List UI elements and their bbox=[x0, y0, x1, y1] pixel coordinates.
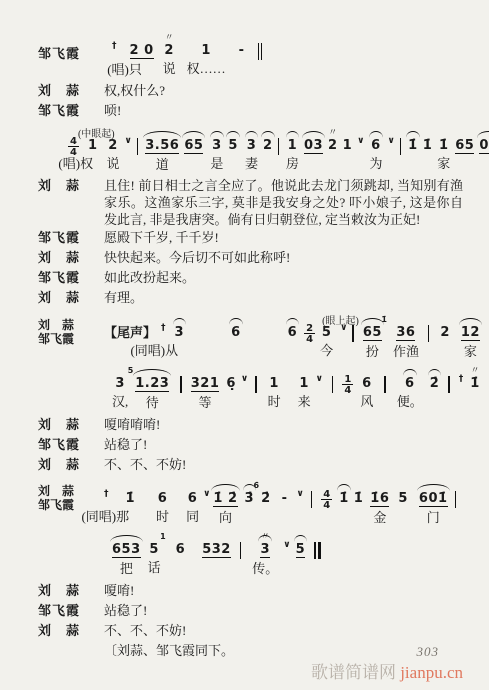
note: 3̇ bbox=[245, 491, 255, 506]
speaker-name: 刘 蒜 bbox=[38, 318, 104, 332]
note-cell: 6便。 bbox=[397, 376, 423, 409]
speaker-label: 刘 蒜 bbox=[38, 582, 104, 599]
decor bbox=[240, 542, 241, 559]
barline bbox=[332, 376, 333, 393]
note-cell: 2̇ bbox=[261, 491, 271, 506]
breath-mark-icon: ∨ bbox=[125, 134, 132, 149]
note: 1 bbox=[299, 376, 309, 391]
music-line: 653把51话65323〃传。∨5 bbox=[112, 529, 463, 576]
dialog-text: 愿殿下千岁, 千千岁! bbox=[104, 229, 463, 246]
ban-mark-icon: † bbox=[161, 321, 166, 336]
lyric: (同唱)那 bbox=[81, 509, 129, 524]
note-cell: 1̇家 bbox=[437, 138, 450, 171]
lyric: 等 bbox=[199, 395, 212, 410]
lyric: 风 bbox=[360, 394, 373, 409]
dialog-row: 刘 蒜嗄唷! bbox=[38, 582, 463, 599]
barline bbox=[240, 542, 241, 559]
breath-mark-icon: ∨ bbox=[316, 372, 323, 387]
note-cell: 1̇ 2̇向 bbox=[213, 491, 237, 525]
barline bbox=[278, 138, 279, 155]
barline-glyph bbox=[258, 43, 263, 60]
decor bbox=[332, 376, 333, 393]
barline bbox=[137, 138, 138, 155]
note-cell: 65 bbox=[184, 138, 203, 154]
lyric: 扮 bbox=[366, 344, 379, 359]
breath-mark-icon: ∨ bbox=[387, 134, 394, 149]
lyric: 来 bbox=[298, 394, 311, 409]
note: 5 bbox=[322, 325, 332, 340]
note-cell: 3̇6̇ bbox=[245, 491, 255, 506]
note: 3 bbox=[115, 376, 125, 391]
note: 6 bbox=[371, 138, 381, 153]
note-cell: 6 bbox=[288, 325, 298, 340]
note-cell: 2 0(唱)只 bbox=[130, 43, 154, 77]
note-cell: 12家 bbox=[461, 325, 480, 359]
music-line: †1̇(同唱)那6时6同∨1̇ 2̇向3̇6̇2̇-∨441̇1̇1̇6金560… bbox=[104, 478, 463, 525]
ban-mark: ∨ bbox=[357, 138, 364, 153]
music-row: 邹飞霞†2 0(唱)只2〃说1权……- bbox=[38, 30, 463, 77]
note: 65 bbox=[184, 138, 203, 154]
barline-glyph bbox=[455, 491, 456, 508]
decor bbox=[258, 43, 259, 60]
note: 5 bbox=[296, 542, 306, 558]
dialog-row: 邹飞霞愿殿下千岁, 千千岁! bbox=[38, 229, 463, 246]
section-label-text: 【尾声】 bbox=[104, 325, 156, 340]
speaker-label: 刘 蒜 bbox=[38, 177, 104, 228]
dialog-row: 刘 蒜嗄唷唷唷! bbox=[38, 416, 463, 433]
barline bbox=[314, 542, 320, 559]
barline bbox=[180, 376, 181, 393]
time-signature-fraction: 24 bbox=[304, 324, 315, 344]
note-cell: 1时 bbox=[268, 376, 281, 409]
music-line: 35汉,1.23待321等6̣∨1时1来∨146风6便。2̇†1̇〃6- bbox=[112, 363, 463, 410]
barline bbox=[384, 376, 385, 393]
dialog-text: 快快起来。今后切不可如此称呼! bbox=[104, 249, 463, 266]
lyric: 便。 bbox=[397, 394, 423, 409]
lyric: 时 bbox=[156, 509, 169, 524]
note: 5 bbox=[398, 491, 408, 506]
note-cell: 3妻 bbox=[245, 138, 258, 171]
ts-numerator: 1 bbox=[342, 375, 353, 384]
note-cell: 2̇ bbox=[430, 376, 440, 391]
barline bbox=[258, 43, 263, 60]
music-row: 刘 蒜邹飞霞【尾声】†3(同唱)从66245(眼上起)今∨651̇扮36作渔21… bbox=[38, 312, 463, 359]
barline-glyph bbox=[314, 542, 320, 559]
note: 321 bbox=[191, 376, 220, 392]
ts-numerator: 2 bbox=[304, 324, 315, 333]
lyric: 妻 bbox=[245, 156, 258, 171]
note: 03 bbox=[304, 138, 323, 154]
note: 1̇ bbox=[470, 376, 480, 391]
note-cell: 6 bbox=[231, 325, 241, 340]
ts-numerator: 4 bbox=[321, 490, 332, 499]
note-cell: 6风 bbox=[360, 376, 373, 409]
barline bbox=[255, 376, 256, 393]
barline-glyph bbox=[255, 376, 256, 393]
lyric: 门 bbox=[427, 510, 440, 525]
speaker-label: 邹飞霞 bbox=[38, 102, 104, 119]
barline-glyph bbox=[400, 138, 401, 155]
note: 1̇ bbox=[354, 491, 364, 506]
speaker-label: 刘 蒜 bbox=[38, 622, 104, 639]
lyric: 金 bbox=[373, 510, 386, 525]
note: 1 bbox=[201, 43, 211, 58]
ban-mark: † bbox=[161, 325, 166, 340]
dialog-text: 不、不、不妨! bbox=[104, 622, 463, 639]
ban-mark: † bbox=[459, 376, 464, 391]
grace-note: 6̇ bbox=[253, 481, 259, 490]
dialog-text: 不、不、不妨! bbox=[104, 456, 463, 473]
note-cell: 2 bbox=[263, 138, 273, 153]
watermark: 歌谱简谱网 jianpu.cn bbox=[311, 658, 463, 683]
lyric: 作渔 bbox=[393, 344, 419, 359]
note-cell: 653把 bbox=[112, 542, 141, 576]
ban-mark: ∨ bbox=[297, 491, 304, 506]
dialog-text: 有理。 bbox=[104, 289, 463, 306]
decor bbox=[384, 376, 385, 393]
decor bbox=[311, 491, 312, 508]
watermark-domain: jianpu.cn bbox=[400, 663, 463, 682]
lyric: 说 bbox=[107, 156, 120, 171]
note: 2 bbox=[108, 138, 118, 153]
decor bbox=[428, 325, 429, 342]
decor bbox=[318, 542, 321, 559]
lyric: (同唱)从 bbox=[130, 343, 178, 358]
lyric: 话 bbox=[148, 560, 161, 575]
breath-mark-icon: ∨ bbox=[357, 134, 364, 149]
note: 2 0 bbox=[130, 43, 154, 59]
decor bbox=[455, 491, 456, 508]
note-cell: 321等 bbox=[191, 376, 220, 410]
ban-mark-icon: † bbox=[459, 372, 464, 387]
speaker-label: 刘 蒜 bbox=[38, 82, 104, 99]
speaker-label: 刘 蒜 bbox=[38, 289, 104, 306]
barline bbox=[311, 491, 312, 508]
note-cell: 6为 bbox=[369, 138, 382, 171]
barline-glyph bbox=[278, 138, 279, 155]
note: 2̇ bbox=[430, 376, 440, 391]
grace-note: 1 bbox=[160, 532, 166, 541]
note-cell: 5(眼上起)今 bbox=[320, 325, 333, 358]
note: 2̇ bbox=[261, 491, 271, 506]
note: - bbox=[282, 491, 288, 506]
lyric: 把 bbox=[120, 561, 133, 576]
dialog-row: 邹飞霞唝! bbox=[38, 102, 463, 119]
note-cell: 3(同唱)从 bbox=[175, 325, 185, 358]
note: 6 bbox=[362, 376, 372, 391]
note: 36 bbox=[396, 325, 415, 341]
note: 1̇6 bbox=[370, 491, 389, 507]
speaker-name: 邹飞霞 bbox=[38, 332, 104, 346]
section-label: 【尾声】 bbox=[104, 325, 156, 340]
dialog-row: 刘 蒜有理。 bbox=[38, 289, 463, 306]
note: 532 bbox=[202, 542, 231, 558]
dialog-row: 刘 蒜权,权什么? bbox=[38, 82, 463, 99]
music-line: †2 0(唱)只2〃说1权……- bbox=[112, 30, 463, 77]
note-cell: 2 bbox=[440, 325, 450, 340]
decor bbox=[278, 138, 279, 155]
barline bbox=[455, 491, 456, 508]
lyric: 向 bbox=[219, 510, 232, 525]
note: 5 bbox=[228, 138, 238, 153]
lyric: 说 bbox=[163, 61, 176, 76]
speaker-name: 刘 蒜 bbox=[38, 484, 104, 498]
lyric: 道 bbox=[156, 157, 169, 172]
dialog-text: 如此改扮起来。 bbox=[104, 269, 463, 286]
stage-direction: 〔刘蒜、邹飞霞同下。 bbox=[104, 642, 463, 659]
note: 1̇ 2̇ bbox=[213, 491, 237, 507]
note-cell: 2说 bbox=[107, 138, 120, 171]
speaker-label: 邹飞霞 bbox=[38, 436, 104, 453]
decor bbox=[400, 138, 401, 155]
ts-denominator: 4 bbox=[321, 499, 332, 510]
note-cell: 6̣ bbox=[226, 376, 236, 391]
breath-mark-icon: ∨ bbox=[241, 372, 248, 387]
note-cell: - bbox=[282, 491, 288, 506]
dialog-text: 权,权什么? bbox=[104, 82, 463, 99]
note: 65 bbox=[455, 138, 474, 154]
time-signature: 14 bbox=[342, 376, 353, 396]
ban-mark: ∨ bbox=[241, 376, 248, 391]
note-cell: 6同 bbox=[186, 491, 199, 524]
ban-mark: ∨ bbox=[125, 138, 132, 153]
note: 1.23 bbox=[135, 376, 169, 392]
note: 06 bbox=[479, 138, 489, 154]
lyric: 权…… bbox=[187, 61, 226, 76]
note-cell: 6 bbox=[176, 542, 186, 557]
note-cell: 03 bbox=[304, 138, 323, 154]
ban-mark: ∨ bbox=[387, 138, 394, 153]
ban-mark: † bbox=[104, 491, 109, 506]
note: 2 bbox=[263, 138, 273, 153]
note-cell: 51话 bbox=[148, 542, 161, 575]
lyric: (唱)权 bbox=[58, 156, 93, 171]
time-signature-fraction: 44 bbox=[321, 490, 332, 510]
ban-mark-icon: † bbox=[112, 39, 117, 54]
note: 3 bbox=[260, 542, 270, 558]
note: 6 bbox=[176, 542, 186, 557]
dialog-text: 唝! bbox=[104, 102, 463, 119]
speaker-label: 刘 蒜邹飞霞 bbox=[38, 312, 104, 359]
note: 12 bbox=[461, 325, 480, 341]
note: 1 bbox=[88, 138, 98, 153]
note-cell: 36作渔 bbox=[393, 325, 419, 359]
note: 601̇ bbox=[419, 491, 448, 507]
note-cell: 651̇扮 bbox=[363, 325, 382, 359]
music-row: 441(中眼起)(唱)权2说∨3.56道653是53妻21房032〃1∨6为∨1… bbox=[38, 125, 463, 172]
ornament-mark: 〃 bbox=[261, 532, 270, 541]
lyric: 家 bbox=[437, 156, 450, 171]
note: 2 bbox=[164, 43, 174, 58]
note: 1̇ bbox=[408, 138, 418, 153]
note-cell: 1 bbox=[343, 138, 353, 153]
ornament-mark: 〃 bbox=[165, 33, 174, 42]
note-cell: 601̇门 bbox=[419, 491, 448, 525]
note-cell: 3〃传。 bbox=[252, 542, 278, 576]
speaker-label: 邹飞霞 bbox=[38, 30, 104, 77]
barline bbox=[352, 325, 353, 342]
lyric: 传。 bbox=[252, 561, 278, 576]
dialog-text: 站稳了! bbox=[104, 436, 463, 453]
note-cell: 1̇(同唱)那 bbox=[126, 491, 136, 524]
dialog-text: 且住! 前日相士之言全应了。他说此去龙门须跳却, 当知别有渔家乐。这渔家乐三字,… bbox=[104, 177, 463, 228]
note: 1̇ bbox=[423, 138, 433, 153]
note: 2 bbox=[440, 325, 450, 340]
decor bbox=[261, 43, 262, 60]
note-cell: 5 bbox=[296, 542, 306, 558]
note-cell: 1̇ bbox=[423, 138, 433, 153]
barline-glyph bbox=[137, 138, 138, 155]
note: 6̣ bbox=[226, 376, 236, 391]
ban-mark: ∨ bbox=[316, 376, 323, 391]
ban-mark-icon: † bbox=[104, 487, 109, 502]
lyric: 今 bbox=[320, 343, 333, 358]
barline bbox=[448, 376, 449, 393]
score-body: 邹飞霞†2 0(唱)只2〃说1权……-刘 蒜权,权什么?邹飞霞唝!441(中眼起… bbox=[38, 30, 463, 659]
note-cell: 35汉, bbox=[112, 376, 128, 409]
note: 653 bbox=[112, 542, 141, 558]
breath-mark-icon: ∨ bbox=[203, 487, 210, 502]
note: 6 bbox=[405, 376, 415, 391]
note: 6 bbox=[158, 491, 168, 506]
lyric: 汉, bbox=[112, 394, 128, 409]
time-signature: 44 bbox=[68, 138, 79, 158]
note-cell: 6时 bbox=[156, 491, 169, 524]
decor bbox=[448, 376, 449, 393]
decor bbox=[137, 138, 138, 155]
note: 1 bbox=[288, 138, 298, 153]
dialog-row: 刘 蒜不、不、不妨! bbox=[38, 622, 463, 639]
breath-mark-icon: ∨ bbox=[283, 538, 290, 553]
dialog-row: 邹飞霞站稳了! bbox=[38, 602, 463, 619]
note: 1̇ bbox=[126, 491, 136, 506]
note: 3 bbox=[212, 138, 222, 153]
note-cell: 2〃 bbox=[328, 138, 338, 153]
note-cell: 532 bbox=[202, 542, 231, 558]
ban-mark: ∨ bbox=[203, 491, 210, 506]
speaker-label: 刘 蒜 bbox=[38, 456, 104, 473]
note-cell: 3是 bbox=[210, 138, 223, 171]
lyric: 同 bbox=[186, 509, 199, 524]
lyric: 是 bbox=[210, 156, 223, 171]
note: 3 bbox=[175, 325, 185, 340]
ornament-mark: 〃 bbox=[328, 128, 337, 137]
note-cell: 1̇ bbox=[408, 138, 418, 153]
note-cell: - bbox=[239, 43, 245, 58]
decor bbox=[314, 542, 315, 559]
music-row: 35汉,1.23待321等6̣∨1时1来∨146风6便。2̇†1̇〃6- bbox=[38, 363, 463, 410]
time-signature: 24 bbox=[304, 325, 315, 345]
time-signature: 44 bbox=[321, 491, 332, 511]
barline-glyph bbox=[384, 376, 385, 393]
note: 65 bbox=[363, 325, 382, 341]
barline-glyph bbox=[240, 542, 241, 559]
ts-denominator: 4 bbox=[342, 384, 353, 395]
note: 1̇ bbox=[339, 491, 349, 506]
music-row: 653把51话65323〃传。∨5 bbox=[38, 529, 463, 576]
dialog-row: 邹飞霞如此改扮起来。 bbox=[38, 269, 463, 286]
note-cell: 1̇6金 bbox=[370, 491, 389, 525]
note: 3.56 bbox=[145, 138, 179, 154]
breath-mark-icon: ∨ bbox=[340, 321, 347, 336]
music-line: 441(中眼起)(唱)权2说∨3.56道653是53妻21房032〃1∨6为∨1… bbox=[68, 125, 463, 172]
barline-glyph bbox=[428, 325, 429, 342]
music-line: 【尾声】†3(同唱)从66245(眼上起)今∨651̇扮36作渔212家 bbox=[104, 312, 463, 359]
lyric: 家 bbox=[464, 344, 477, 359]
note: - bbox=[239, 43, 245, 58]
barline-glyph bbox=[180, 376, 181, 393]
note: 3 bbox=[247, 138, 257, 153]
barline-glyph bbox=[311, 491, 312, 508]
ban-mark: † bbox=[112, 43, 117, 58]
time-signature-fraction: 14 bbox=[342, 375, 353, 395]
note-cell: 5 bbox=[398, 491, 408, 506]
breath-mark-icon: ∨ bbox=[297, 487, 304, 502]
speaker-label: 邹飞霞 bbox=[38, 229, 104, 246]
speaker-name: 邹飞霞 bbox=[38, 45, 104, 62]
dialog-row: 刘 蒜不、不、不妨! bbox=[38, 456, 463, 473]
dialog-text: 站稳了! bbox=[104, 602, 463, 619]
note-cell: 1房 bbox=[286, 138, 299, 171]
note-cell: 1̇ bbox=[354, 491, 364, 506]
barline-glyph bbox=[332, 376, 333, 393]
watermark-site: 歌谱简谱网 bbox=[311, 663, 396, 682]
note: 6 bbox=[231, 325, 241, 340]
note-cell: 2〃说 bbox=[163, 43, 176, 76]
note: 6 bbox=[188, 491, 198, 506]
ban-mark: ∨ bbox=[340, 325, 347, 340]
note-cell: 3.56道 bbox=[145, 138, 179, 172]
dialog-row: 邹飞霞站稳了! bbox=[38, 436, 463, 453]
note-cell: 1.23待 bbox=[135, 376, 169, 410]
barline-glyph bbox=[448, 376, 449, 393]
ban-mark: ∨ bbox=[283, 542, 290, 557]
lyric: (唱)只 bbox=[107, 62, 142, 77]
score-page: 邹飞霞†2 0(唱)只2〃说1权……-刘 蒜权,权什么?邹飞霞唝!441(中眼起… bbox=[0, 0, 489, 690]
speaker-label: 刘 蒜 bbox=[38, 416, 104, 433]
lyric: 为 bbox=[369, 156, 382, 171]
speaker-label: 邹飞霞 bbox=[38, 602, 104, 619]
ornament-mark: 〃 bbox=[470, 366, 479, 375]
grace-note: 1̇ bbox=[381, 315, 387, 324]
note-cell: 1来 bbox=[298, 376, 311, 409]
note: 1̇ bbox=[439, 138, 449, 153]
music-row: 刘 蒜邹飞霞†1̇(同唱)那6时6同∨1̇ 2̇向3̇6̇2̇-∨441̇1̇1… bbox=[38, 478, 463, 525]
note: 6 bbox=[288, 325, 298, 340]
barline-glyph bbox=[352, 325, 353, 342]
note-cell: 5 bbox=[228, 138, 238, 153]
note-cell: 65 bbox=[455, 138, 474, 154]
note-cell: 1(中眼起)(唱)权 bbox=[88, 138, 98, 171]
note: 2 bbox=[328, 138, 338, 153]
barline bbox=[428, 325, 429, 342]
speaker-label: 刘 蒜 bbox=[38, 249, 104, 266]
dialog-text: 嗄唷! bbox=[104, 582, 463, 599]
note-cell: 1̇ bbox=[339, 491, 349, 506]
dialog-row: 刘 蒜且住! 前日相士之言全应了。他说此去龙门须跳却, 当知别有渔家乐。这渔家乐… bbox=[38, 177, 463, 228]
note-cell: 1权…… bbox=[187, 43, 226, 76]
barline bbox=[400, 138, 401, 155]
decor bbox=[255, 376, 256, 393]
lyric: 待 bbox=[146, 395, 159, 410]
dialog-text: 嗄唷唷唷! bbox=[104, 416, 463, 433]
decor bbox=[352, 325, 353, 342]
dialog-row: 刘 蒜快快起来。今后切不可如此称呼! bbox=[38, 249, 463, 266]
time-signature-fraction: 44 bbox=[68, 137, 79, 157]
ts-denominator: 4 bbox=[304, 333, 315, 344]
note-cell: 1̇〃 bbox=[470, 376, 480, 391]
lyric: 房 bbox=[286, 156, 299, 171]
